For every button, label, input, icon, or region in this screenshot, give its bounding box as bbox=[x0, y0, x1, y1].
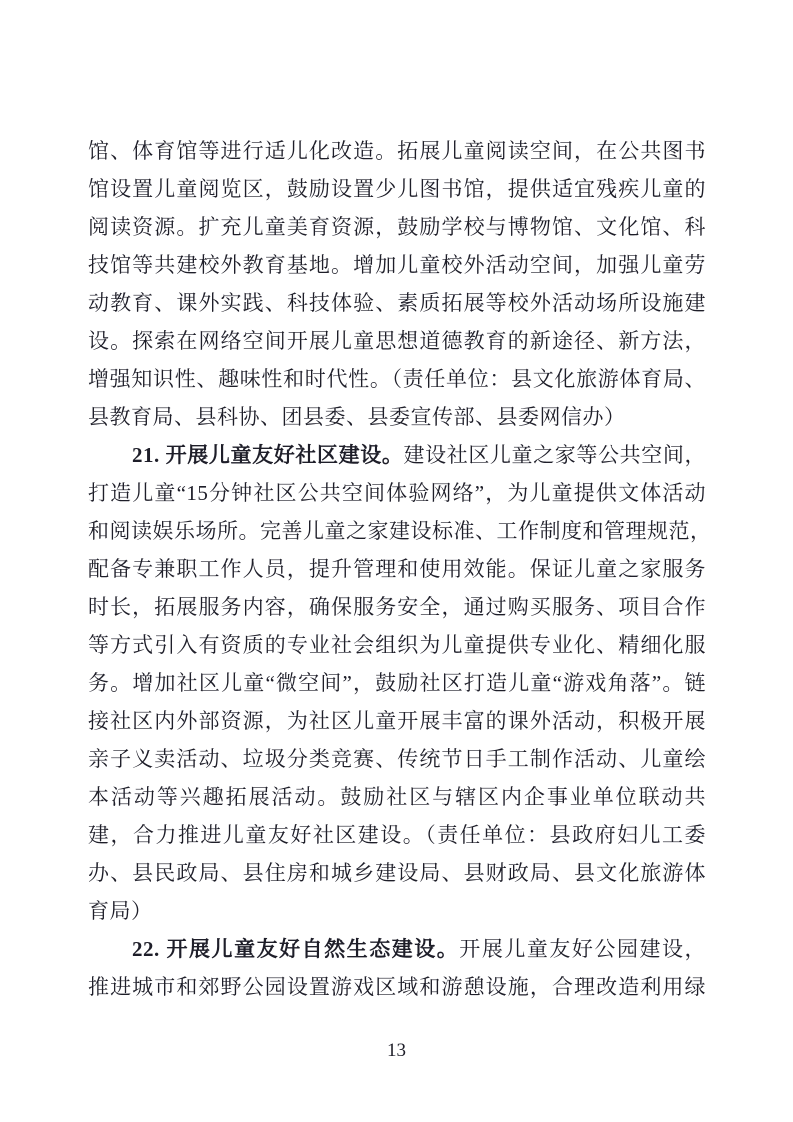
text-line: 办、县民政局、县住房和城乡建设局、县财政局、县文化旅游体 bbox=[88, 854, 706, 892]
text-line: 配备专兼职工作人员，提升管理和使用效能。保证儿童之家服务 bbox=[88, 550, 706, 588]
text-line: 时长，拓展服务内容，确保服务安全，通过购买服务、项目合作 bbox=[88, 588, 706, 626]
text-line: 接社区内外部资源，为社区儿童开展丰富的课外活动，积极开展 bbox=[88, 702, 706, 740]
text-line: 育局） bbox=[88, 892, 706, 930]
text-line: 建，合力推进儿童友好社区建设。（责任单位：县政府妇儿工委 bbox=[88, 816, 706, 854]
document-page: 馆、体育馆等进行适儿化改造。拓展儿童阅读空间，在公共图书 馆设置儿童阅览区，鼓励… bbox=[0, 0, 793, 1122]
text-line: 亲子义卖活动、垃圾分类竞赛、传统节日手工制作活动、儿童绘 bbox=[88, 740, 706, 778]
text-line: 增强知识性、趣味性和时代性。（责任单位：县文化旅游体育局、 bbox=[88, 360, 706, 398]
item-21-first-line: 21. 开展儿童友好社区建设。建设社区儿童之家等公共空间， bbox=[88, 436, 706, 474]
text-line: 馆设置儿童阅览区，鼓励设置少儿图书馆，提供适宜残疾儿童的 bbox=[88, 170, 706, 208]
item-21-heading: 21. 开展儿童友好社区建设。 bbox=[132, 443, 403, 467]
text-line: 技馆等共建校外教育基地。增加儿童校外活动空间，加强儿童劳 bbox=[88, 246, 706, 284]
text-line: 设。探索在网络空间开展儿童思想道德教育的新途径、新方法， bbox=[88, 322, 706, 360]
page-number: 13 bbox=[0, 1040, 793, 1062]
document-body: 馆、体育馆等进行适儿化改造。拓展儿童阅读空间，在公共图书 馆设置儿童阅览区，鼓励… bbox=[88, 132, 706, 1006]
text-line: 县教育局、县科协、团县委、县委宣传部、县委网信办） bbox=[88, 398, 706, 436]
text-line: 打造儿童“15分钟社区公共空间体验网络”，为儿童提供文体活动 bbox=[88, 474, 706, 512]
item-21-text: 建设社区儿童之家等公共空间， bbox=[403, 443, 706, 467]
text-line: 等方式引入有资质的专业社会组织为儿童提供专业化、精细化服 bbox=[88, 626, 706, 664]
item-22-text: 开展儿童友好公园建设， bbox=[459, 937, 706, 961]
text-line: 阅读资源。扩充儿童美育资源，鼓励学校与博物馆、文化馆、科 bbox=[88, 208, 706, 246]
text-line: 动教育、课外实践、科技体验、素质拓展等校外活动场所设施建 bbox=[88, 284, 706, 322]
item-22-first-line: 22. 开展儿童友好自然生态建设。开展儿童友好公园建设， bbox=[88, 930, 706, 968]
item-22-heading: 22. 开展儿童友好自然生态建设。 bbox=[132, 937, 459, 961]
text-line: 本活动等兴趣拓展活动。鼓励社区与辖区内企事业单位联动共 bbox=[88, 778, 706, 816]
text-line: 务。增加社区儿童“微空间”，鼓励社区打造儿童“游戏角落”。链 bbox=[88, 664, 706, 702]
text-line: 推进城市和郊野公园设置游戏区域和游憩设施，合理改造利用绿 bbox=[88, 968, 706, 1006]
text-line: 馆、体育馆等进行适儿化改造。拓展儿童阅读空间，在公共图书 bbox=[88, 132, 706, 170]
text-line: 和阅读娱乐场所。完善儿童之家建设标准、工作制度和管理规范， bbox=[88, 512, 706, 550]
